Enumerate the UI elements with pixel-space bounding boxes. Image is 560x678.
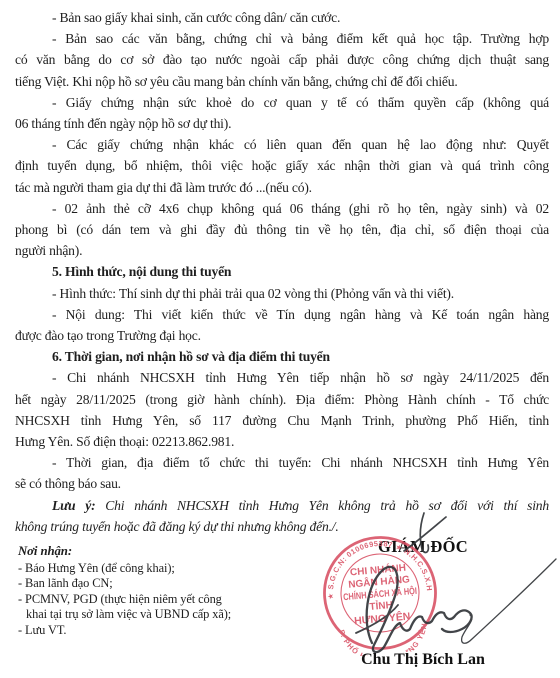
text-line: - Ban lãnh đạo CN;	[18, 576, 278, 592]
paragraph-exam-content: - Nội dung: Thi viết kiến thức về Tín dụ…	[15, 304, 549, 346]
signature-stroke-cross	[356, 605, 398, 633]
signature-stroke-diagonal	[462, 559, 556, 643]
text-line: được đào tạo trong Trường đại học.	[15, 325, 549, 346]
document-page: - Bản sao giấy khai sinh, căn cước công …	[0, 0, 560, 678]
text-line: - Bản sao các văn bằng, chứng chỉ và bản…	[15, 28, 549, 49]
text-line: - Bản sao giấy khai sinh, căn cước công …	[15, 7, 549, 28]
signature	[340, 505, 560, 665]
text-line: - Báo Hưng Yên (để công khai);	[18, 561, 278, 577]
text-line: - Nội dung: Thi viết kiến thức về Tín dụ…	[15, 304, 549, 325]
recipient-list: - Báo Hưng Yên (để công khai);- Ban lãnh…	[18, 561, 278, 639]
paragraph-photos-envelopes: - 02 ảnh thẻ cỡ 4x6 chụp không quá 06 th…	[15, 198, 549, 262]
paragraph-health-certificate: - Giấy chứng nhận sức khoẻ do cơ quan y …	[15, 92, 549, 134]
text-line: - 02 ảnh thẻ cỡ 4x6 chụp không quá 06 th…	[15, 198, 549, 219]
text-line: - Thời gian, địa điểm tổ chức thi tuyển:…	[15, 452, 549, 473]
text-line: - Hình thức: Thí sinh dự thi phải trải q…	[15, 283, 549, 304]
paragraph-other-certificates: - Các giấy chứng nhận khác có liên quan …	[15, 134, 549, 198]
director-name: Chu Thị Bích Lan	[343, 651, 503, 669]
recipients-label: Nơi nhận:	[18, 544, 278, 560]
text-line: phong bì (có dán tem và ghi đầy đủ thông…	[15, 219, 549, 240]
signature-stroke-main	[367, 567, 472, 652]
text-line: - Lưu VT.	[18, 623, 278, 639]
text-line: tiếng Việt. Khi nộp hồ sơ yêu cầu mang b…	[15, 71, 549, 92]
text-line: - PCMNV, PGD (thực hiện niêm yết công	[18, 592, 278, 608]
text-line: - Các giấy chứng nhận khác có liên quan …	[15, 134, 549, 155]
text-line: định tuyển dụng, bổ nhiệm, thôi việc hoặ…	[15, 155, 549, 176]
paragraph-birth-certificate: - Bản sao giấy khai sinh, căn cước công …	[15, 7, 549, 28]
paragraph-exam-schedule: - Thời gian, địa điểm tổ chức thi tuyển:…	[15, 452, 549, 494]
text-line: - Giấy chứng nhận sức khoẻ do cơ quan y …	[15, 92, 549, 113]
paragraph-exam-format: - Hình thức: Thí sinh dự thi phải trải q…	[15, 283, 549, 304]
note-label: Lưu ý:	[52, 498, 95, 513]
section-heading-6: 6. Thời gian, nơi nhận hồ sơ và địa điểm…	[15, 346, 549, 367]
text-line: người nhận).	[15, 240, 549, 261]
paragraph-submission-info: - Chi nhánh NHCSXH tỉnh Hưng Yên tiếp nh…	[15, 367, 549, 452]
text-line: có văn bằng do cơ sở đào tạo nước ngoài …	[15, 49, 549, 70]
paragraph-diplomas: - Bản sao các văn bằng, chứng chỉ và bản…	[15, 28, 549, 92]
text-line: khai tại trụ sở làm việc và UBND cấp xã)…	[18, 607, 278, 623]
recipients-block: Nơi nhận: - Báo Hưng Yên (để công khai);…	[18, 544, 278, 639]
text-line: - Chi nhánh NHCSXH tỉnh Hưng Yên tiếp nh…	[15, 367, 549, 388]
text-line: NHCSXH tỉnh Hưng Yên, số 117 đường Chu M…	[15, 410, 549, 431]
text-line: Hưng Yên. Số điện thoại: 02213.862.981.	[15, 431, 549, 452]
section-heading-5: 5. Hình thức, nội dung thi tuyển	[15, 261, 549, 282]
pen-flourish	[404, 513, 446, 552]
text-line: 06 tháng tính đến ngày nộp hồ sơ dự thi)…	[15, 113, 549, 134]
text-line: sẽ có thông báo sau.	[15, 473, 549, 494]
text-line: hết ngày 28/11/2025 (trong giờ hành chín…	[15, 389, 549, 410]
text-line: tác mà người tham gia dự thi đã làm trướ…	[15, 177, 549, 198]
document-body: - Bản sao giấy khai sinh, căn cước công …	[15, 7, 549, 537]
